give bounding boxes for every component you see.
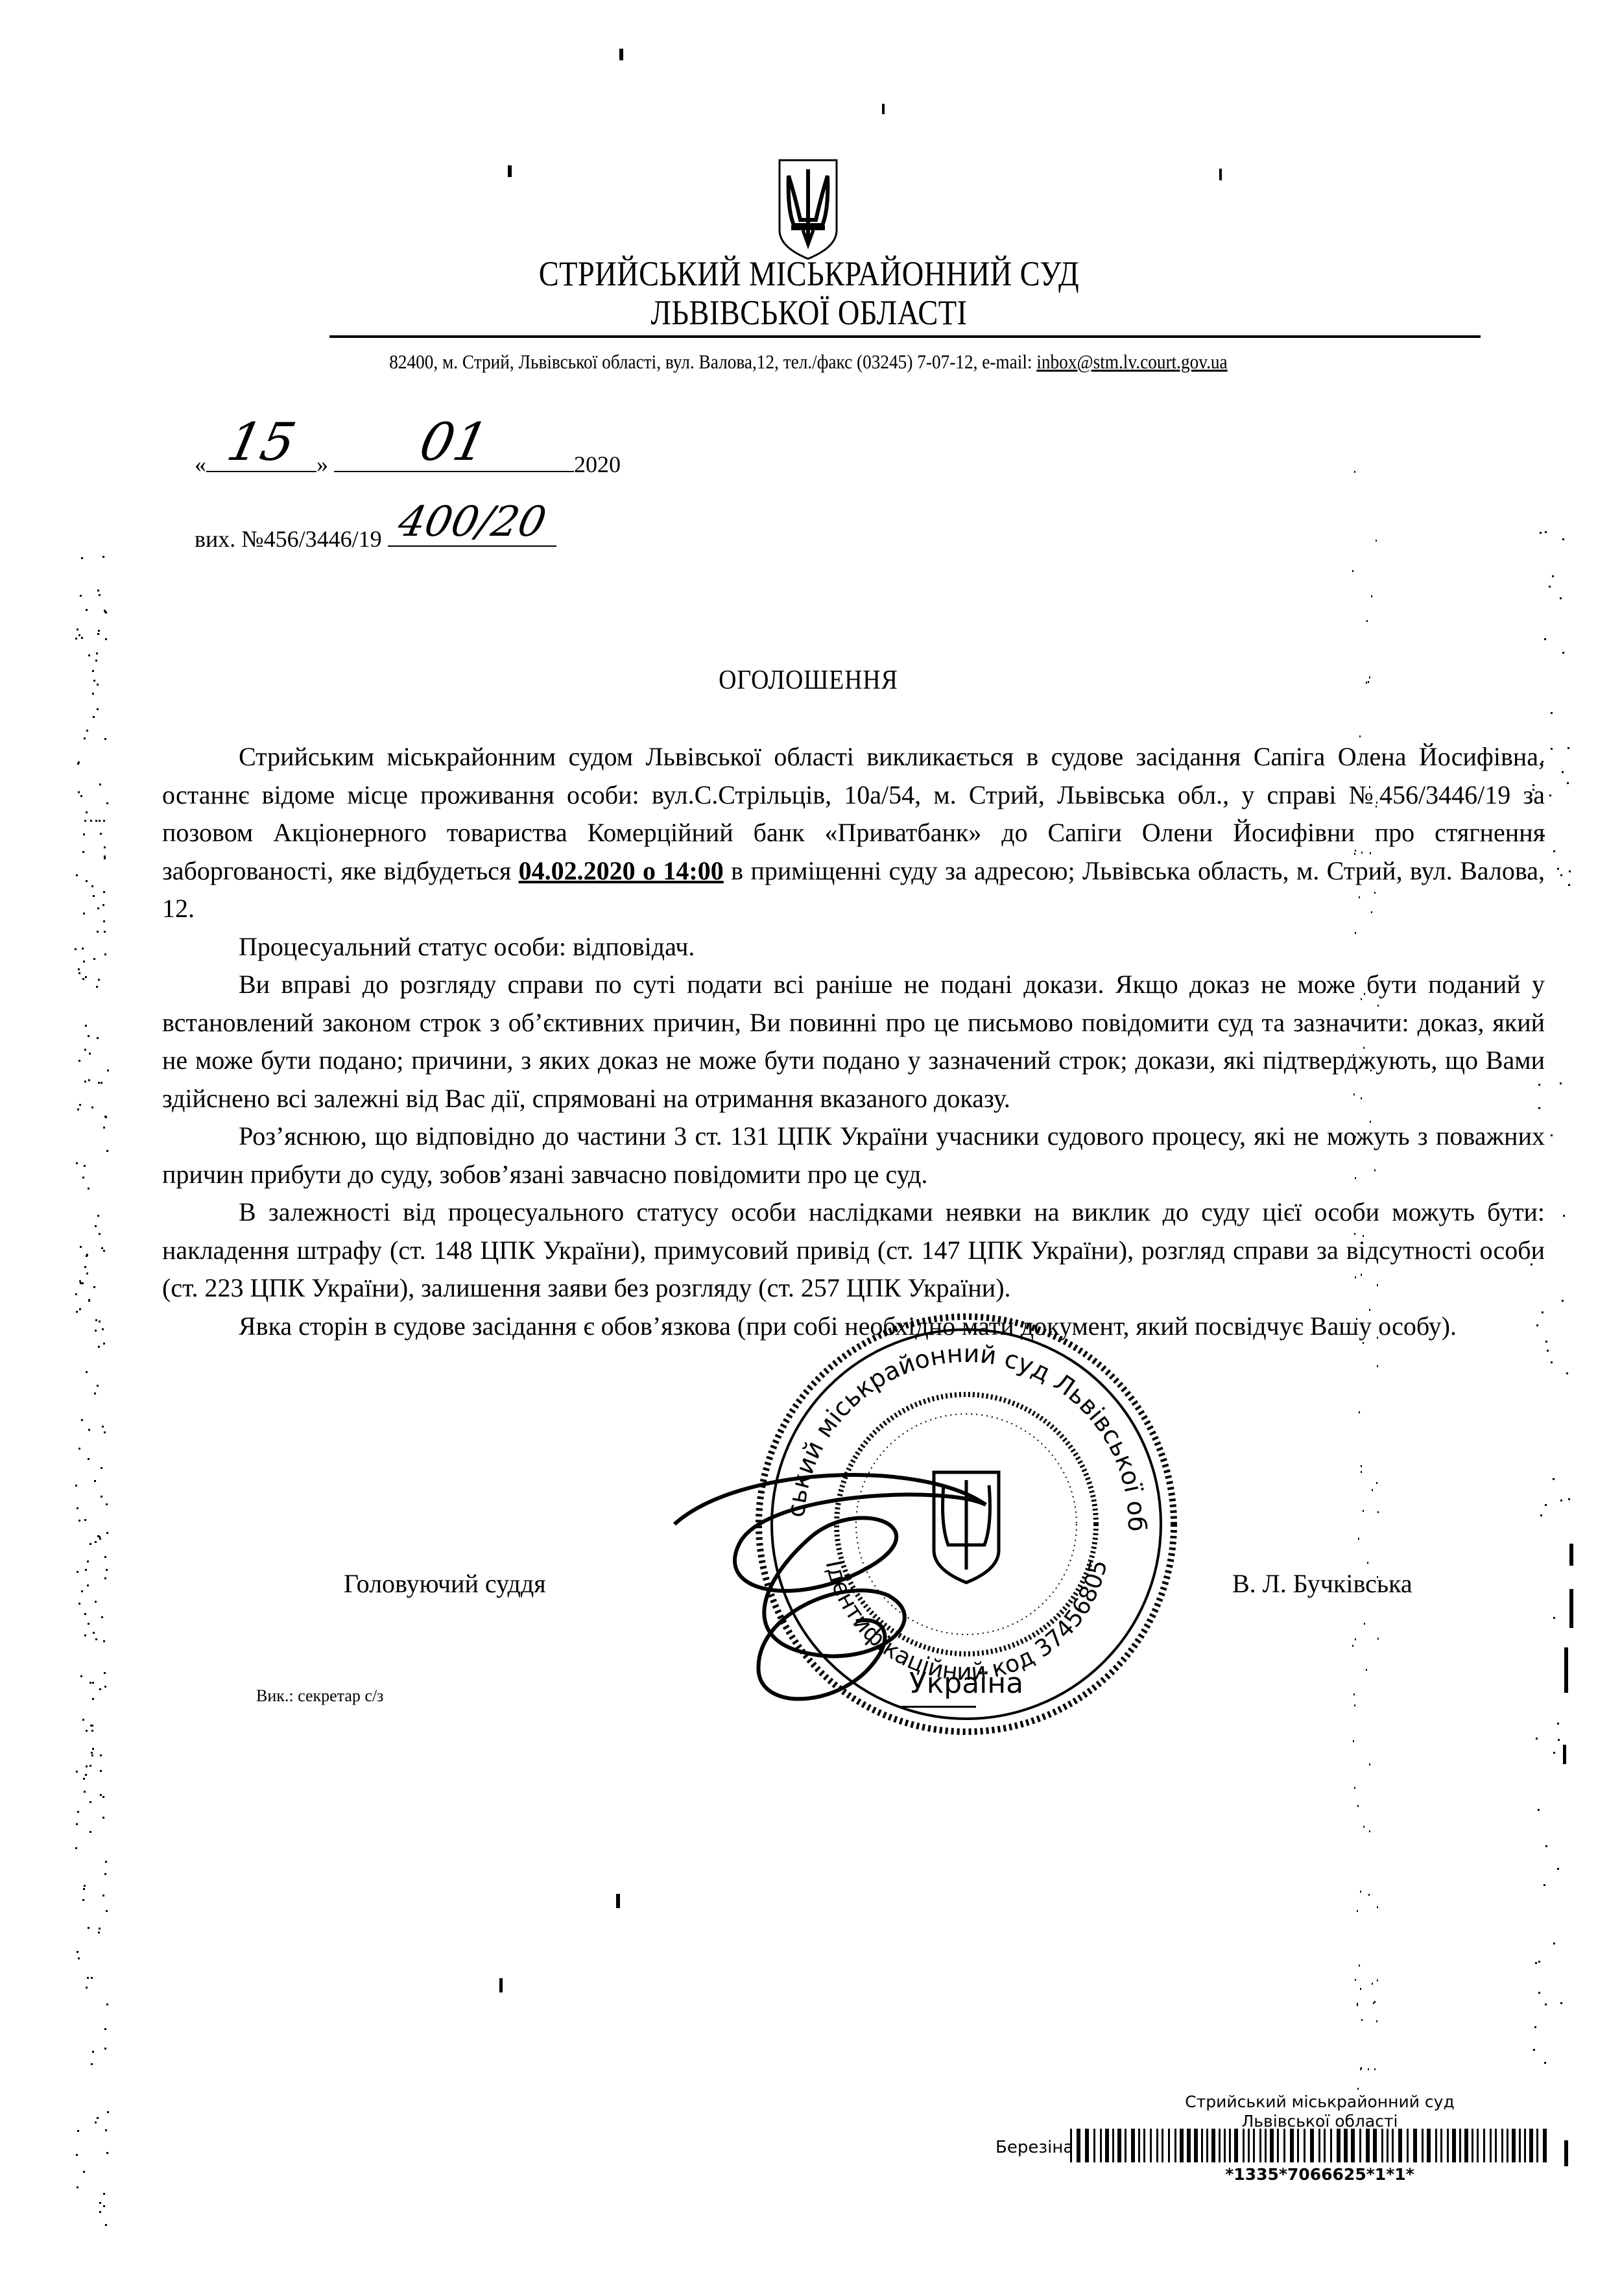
paragraph-status: Процесуальний статус особи: відповідач. xyxy=(162,928,1545,966)
notice-body: Стрийським міськрайонним судом Львівсько… xyxy=(162,738,1545,1345)
coat-of-arms-icon xyxy=(777,158,839,261)
day-handwritten: 15 xyxy=(200,416,322,468)
judge-name: В. Л. Бучківська xyxy=(1232,1568,1412,1599)
barcode-number: *1335*7066625*1*1* xyxy=(1073,2165,1566,2184)
barcode-court-line2: Львівської області xyxy=(1073,2112,1566,2131)
court-title-line1: СТРИЙСЬКИЙ МІСЬКРАЙОННИЙ СУД xyxy=(117,254,1501,293)
court-address: 82400, м. Стрий, Львівської області, вул… xyxy=(101,350,1516,374)
court-title-line2: ЛЬВІВСЬКОЇ ОБЛАСТІ xyxy=(117,293,1501,332)
barcode-recipient-name: Березіна xyxy=(995,2138,1073,2157)
outgoing-number-line: вих. №456/3446/19 400/20 xyxy=(195,525,556,553)
paragraph-evidence: Ви вправі до розгляду справи по суті под… xyxy=(162,966,1545,1118)
paragraph-consequences: В залежності від процесуального статусу … xyxy=(162,1193,1545,1308)
email-link[interactable]: inbox@stm.lv.court.gov.ua xyxy=(1036,350,1227,373)
notice-heading: ОГОЛОШЕННЯ xyxy=(84,665,1532,696)
paragraph-summons: Стрийським міськрайонним судом Львівсько… xyxy=(162,738,1545,928)
signature-underline xyxy=(898,1706,976,1708)
executor-note: Вик.: секретар с/з xyxy=(256,1686,383,1706)
year: 2020 xyxy=(574,451,621,477)
letterhead-rule xyxy=(329,335,1481,338)
outgoing-number-field: 400/20 xyxy=(388,526,556,547)
date-line: «15» 012020 xyxy=(195,451,621,478)
paragraph-clarification: Роз’яснюю, що відповідно до частини 3 ст… xyxy=(162,1118,1545,1193)
judge-signature xyxy=(661,1446,1025,1719)
outgoing-number-handwritten: 400/20 xyxy=(383,501,561,543)
month-field: 01 xyxy=(334,451,574,472)
close-quote: » xyxy=(316,451,328,477)
day-field: 15 xyxy=(206,451,316,472)
outgoing-number-label: вих. №456/3446/19 xyxy=(195,526,382,552)
hearing-datetime: 04.02.2020 о 14:00 xyxy=(519,856,724,885)
barcode-court-line1: Стрийський міськрайонний суд xyxy=(1073,2092,1566,2111)
address-text: 82400, м. Стрий, Львівської області, вул… xyxy=(389,350,1036,373)
barcode-icon xyxy=(1070,2129,1547,2162)
month-handwritten: 01 xyxy=(328,416,579,468)
judge-title: Головуючий суддя xyxy=(344,1568,546,1599)
